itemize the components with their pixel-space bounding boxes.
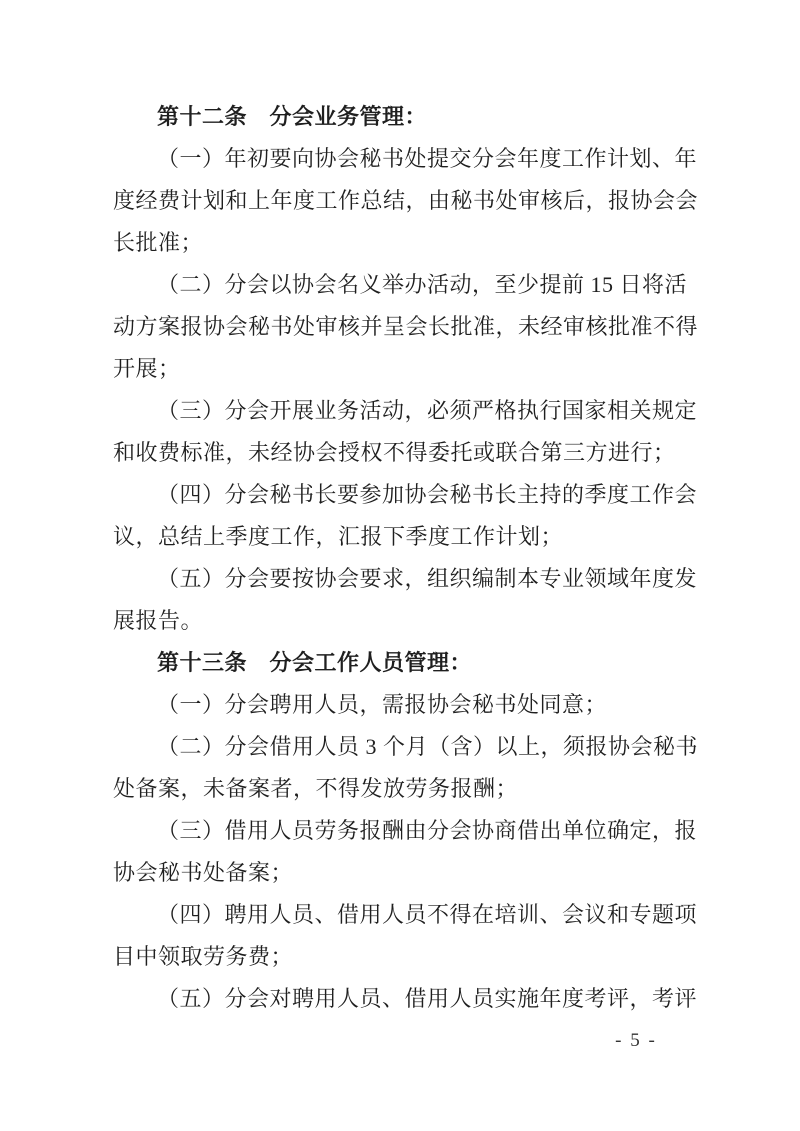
text-line: （二）分会借用人员 3 个月（含）以上，须报协会秘书 xyxy=(113,726,689,768)
text-line: 议，总结上季度工作，汇报下季度工作计划； xyxy=(113,516,689,558)
text-line: （五）分会对聘用人员、借用人员实施年度考评，考评 xyxy=(113,978,689,1020)
text-line: 和收费标准，未经协会授权不得委托或联合第三方进行； xyxy=(113,432,689,474)
text-line: 协会秘书处备案； xyxy=(113,852,689,894)
text-line: 目中领取劳务费； xyxy=(113,936,689,978)
page-number: - 5 - xyxy=(596,1026,676,1056)
text-line: 长批准； xyxy=(113,222,689,264)
text-line: 开展； xyxy=(113,348,689,390)
text-line: （一）分会聘用人员，需报协会秘书处同意； xyxy=(113,684,689,726)
article-heading-13: 第十三条 分会工作人员管理： xyxy=(113,642,689,684)
text-line: （四）分会秘书长要参加协会秘书长主持的季度工作会 xyxy=(113,474,689,516)
text-line: 度经费计划和上年度工作总结，由秘书处审核后，报协会会 xyxy=(113,180,689,222)
text-line: （五）分会要按协会要求，组织编制本专业领域年度发 xyxy=(113,558,689,600)
text-line: （一）年初要向协会秘书处提交分会年度工作计划、年 xyxy=(113,138,689,180)
text-line: （三）分会开展业务活动，必须严格执行国家相关规定 xyxy=(113,390,689,432)
text-line: （二）分会以协会名义举办活动，至少提前 15 日将活 xyxy=(113,264,689,306)
text-line: 处备案，未备案者，不得发放劳务报酬； xyxy=(113,768,689,810)
text-line: （四）聘用人员、借用人员不得在培训、会议和专题项 xyxy=(113,894,689,936)
document-page: 第十二条 分会业务管理： （一）年初要向协会秘书处提交分会年度工作计划、年 度经… xyxy=(0,0,800,1131)
text-line: 动方案报协会秘书处审核并呈会长批准，未经审核批准不得 xyxy=(113,306,689,348)
document-body: 第十二条 分会业务管理： （一）年初要向协会秘书处提交分会年度工作计划、年 度经… xyxy=(113,96,689,1020)
text-line: 展报告。 xyxy=(113,600,689,642)
text-line: （三）借用人员劳务报酬由分会协商借出单位确定，报 xyxy=(113,810,689,852)
article-heading-12: 第十二条 分会业务管理： xyxy=(113,96,689,138)
